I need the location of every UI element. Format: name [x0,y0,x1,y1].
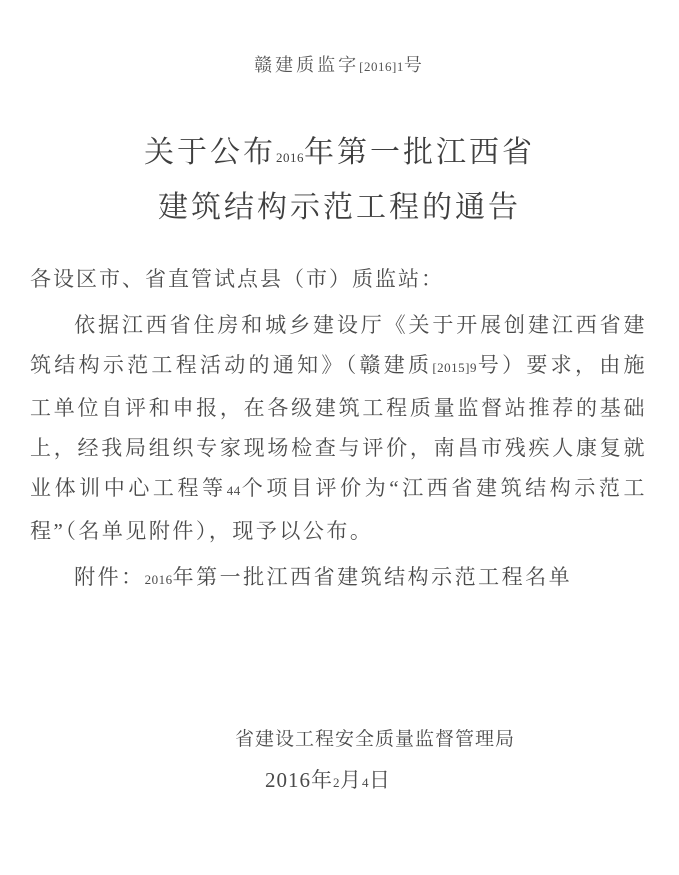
issue-date: 2016年2月4日 [265,760,679,803]
title-line-2: 建筑结构示范工程的通告 [0,183,679,233]
document-page: 赣建质监字[2016]1号 关于公布2016年第一批江西省 建筑结构示范工程的通… [0,0,679,875]
text-segment: 月 [340,768,362,792]
document-title: 关于公布2016年第一批江西省 建筑结构示范工程的通告 [0,128,679,233]
text-segment: 日 [369,768,391,792]
small-numeral: [2016]1 [359,59,404,74]
text-segment: 附件： [74,565,145,589]
small-numeral: 2016 [145,572,173,587]
small-numeral: 2016 [276,150,304,165]
attachment-line: 附件：2016年第一批江西省建筑结构示范工程名单 [30,557,647,600]
salutation: 各设区市、省直管试点县（市）质监站： [30,259,647,299]
small-numeral: [2015]9 [432,360,477,375]
text-segment: 关于公布 [144,136,276,169]
small-numeral: 4 [362,775,369,790]
small-numeral: 2 [333,775,340,790]
text-segment: 号 [404,55,425,75]
doc-number: 赣建质监字[2016]1号 [0,52,679,80]
text-segment: 2016年 [265,768,333,792]
text-segment: 年第一批江西省建筑结构示范工程名单 [173,565,573,589]
text-segment: 年第一批江西省 [304,136,535,169]
small-numeral: 44 [227,483,241,498]
text-segment: 赣建质监字 [254,55,359,75]
title-line-1: 关于公布2016年第一批江西省 [0,128,679,183]
issuer-signature: 省建设工程安全质量监督管理局 [235,720,679,760]
body-paragraph: 依据江西省住房和城乡建设厅《关于开展创建江西省建筑结构示范工程活动的通知》（赣建… [30,305,647,551]
